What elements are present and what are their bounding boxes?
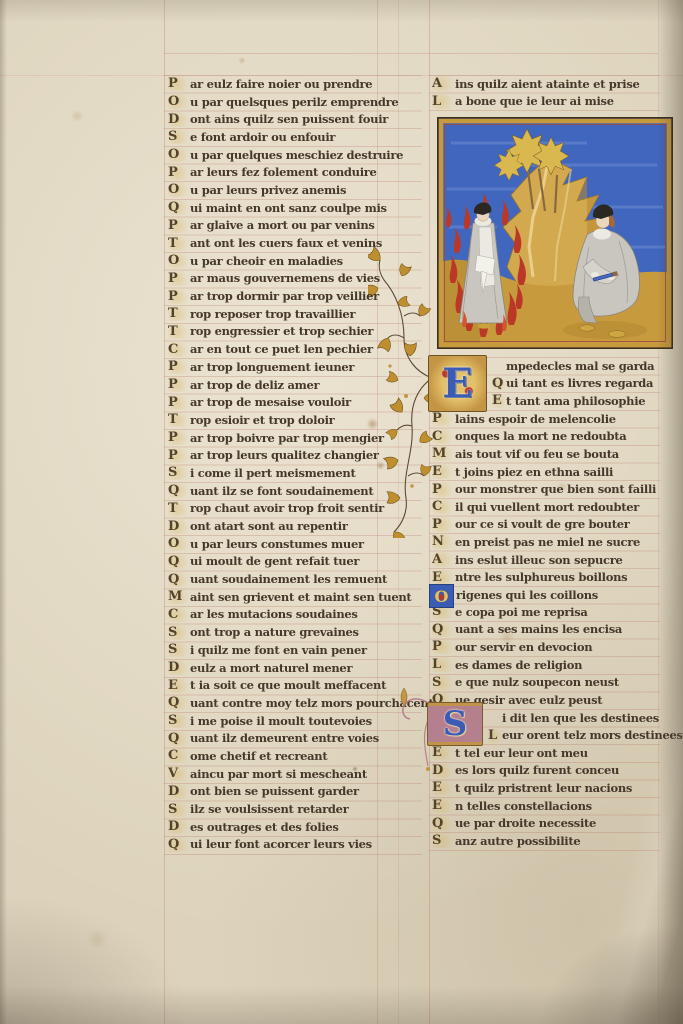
- verse-text: lains espoir de melencolie: [455, 412, 616, 426]
- verse-line: Q ui maint en ont sanz coulpe mis: [168, 199, 420, 217]
- verse-initial: D: [168, 819, 190, 834]
- verse-line: S anz autre possibilite: [432, 832, 660, 850]
- verse-text: ar trop de mesaise vouloir: [190, 395, 351, 409]
- verse-text: uant ilz se font soudainement: [190, 484, 373, 498]
- verse-line: Q uant ilz se font soudainement: [168, 482, 420, 500]
- verse-line: P ar eulz faire noier ou prendre: [168, 75, 420, 93]
- verse-text: ui maint en ont sanz coulpe mis: [190, 201, 387, 215]
- verse-line: D ont atart sont au repentir: [168, 517, 420, 535]
- verse-initial: P: [168, 377, 190, 392]
- verse-text: es dames de religion: [455, 658, 582, 672]
- verse-text: ont trop a nature grevaines: [190, 625, 359, 639]
- verse-text: e font ardoir ou enfouir: [190, 130, 335, 144]
- verse-text: a bone que ie leur ai mise: [455, 94, 614, 108]
- verse-initial: Q: [168, 695, 190, 710]
- verse-text: u par quelques meschiez destruire: [190, 148, 403, 162]
- verse-text: ar glaive a mort ou par venins: [190, 218, 375, 232]
- verse-line: P ar glaive a mort ou par venins: [168, 217, 420, 235]
- ruling-horizontal: [164, 53, 658, 54]
- verse-line: S ilz se voulsissent retarder: [168, 800, 420, 818]
- verse-text: ilz se voulsissent retarder: [190, 802, 348, 816]
- verse-text: ont bien se puissent garder: [190, 784, 359, 798]
- verse-line: C ar en tout ce puet len pechier: [168, 340, 420, 358]
- verse-text: t ia soit ce que moult meffacent: [190, 678, 386, 692]
- verse-line: E t tel eur leur ont meu: [432, 744, 660, 762]
- stain: [70, 110, 84, 122]
- verse-line: P ar trop dormir par trop veillier: [168, 287, 420, 305]
- verse-initial: S: [168, 713, 190, 728]
- verse-line: A ins quilz aient atainte et prise: [432, 75, 660, 93]
- verse-initial: T: [168, 306, 190, 321]
- verse-text: anz autre possibilite: [455, 834, 580, 848]
- verse-line: Q ui moult de gent refait tuer: [168, 553, 420, 571]
- verse-text: ar trop de deliz amer: [190, 378, 319, 392]
- verse-initial: P: [432, 517, 455, 532]
- verse-initial: E: [432, 745, 455, 760]
- verse-line: L eur orent telz mors destinees: [488, 727, 660, 745]
- verse-line: P our monstrer que bien sont failli: [432, 480, 660, 498]
- verse-initial: L: [432, 657, 455, 672]
- verse-initial: Q: [432, 816, 455, 831]
- verse-line: O u par leurs privez anemis: [168, 181, 420, 199]
- verse-text: aint sen grievent et maint sen tuent: [190, 590, 411, 604]
- verse-line: P our ce si voult de gre bouter: [432, 516, 660, 534]
- verse-text: ar trop leurs qualitez changier: [190, 448, 379, 462]
- verse-text: mpedecles mal se garda: [506, 359, 654, 373]
- verse-text: ntre les sulphureus boillons: [455, 570, 627, 584]
- miniature: [437, 117, 673, 349]
- shoe: [478, 323, 490, 329]
- verse-initial: C: [432, 429, 455, 444]
- verse-text: ar trop longuement ieuner: [190, 360, 354, 374]
- verse-initial: S: [168, 129, 190, 144]
- verse-initial: P: [432, 639, 455, 654]
- verse-initial: S: [432, 833, 455, 848]
- verse-initial: Q: [168, 200, 190, 215]
- verse-line: E t tant ama philosophie: [492, 392, 660, 410]
- stain: [238, 57, 246, 64]
- verse-initial: E: [492, 393, 506, 408]
- verse-line: D ont ains quilz sen puissent fouir: [168, 110, 420, 128]
- verse-initial: O: [168, 182, 190, 197]
- ground-shadow: [563, 321, 647, 339]
- verse-initial: C: [168, 342, 190, 357]
- verse-line: S i come il pert meismement: [168, 464, 420, 482]
- verse-initial: P: [168, 76, 190, 91]
- s-initial-lines: i dit len que les destinees L eur orent …: [488, 709, 660, 744]
- verse-initial: P: [168, 218, 190, 233]
- verse-initial: S: [168, 802, 190, 817]
- verse-text: u par leurs privez anemis: [190, 183, 346, 197]
- verse-initial: V: [168, 766, 190, 781]
- verse-line: O u par cheoir en maladies: [168, 252, 420, 270]
- verse-initial: Q: [168, 554, 190, 569]
- verse-line: T rop chaut avoir trop froit sentir: [168, 500, 420, 518]
- verse-text: i me poise il moult toutevoies: [190, 714, 372, 728]
- verse-text: ar leurs fez folement conduire: [190, 165, 377, 179]
- verse-text: t tel eur leur ont meu: [455, 746, 588, 760]
- verse-text: u par leurs constumes muer: [190, 537, 364, 551]
- verse-initial: T: [168, 324, 190, 339]
- verse-initial: M: [168, 589, 190, 604]
- verse-line: C ome chetif et recreant: [168, 747, 420, 765]
- verse-line: S e copa poi me reprisa: [432, 603, 660, 621]
- verse-text: rop engressier et trop sechier: [190, 324, 373, 338]
- verse-text: eur orent telz mors destinees: [502, 728, 683, 742]
- verse-line: P ar trop longuement ieuner: [168, 358, 420, 376]
- verse-line: M aint sen grievent et maint sen tuent: [168, 588, 420, 606]
- verse-initial: A: [432, 552, 455, 567]
- verse-text: e copa poi me reprisa: [455, 605, 588, 619]
- verse-line: M ais tout vif ou feu se bouta: [432, 445, 660, 463]
- verse-text: il qui vuellent mort redoubter: [455, 500, 639, 514]
- verse-line: O u par quelsques perilz emprendre: [168, 93, 420, 111]
- verse-line: S i me poise il moult toutevoies: [168, 712, 420, 730]
- verse-text: u par cheoir en maladies: [190, 254, 343, 268]
- verse-text: ui leur font acorcer leurs vies: [190, 837, 372, 851]
- verse-text: uant ilz demeurent entre voies: [190, 731, 379, 745]
- verse-text: ui tant es livres regarda: [506, 376, 653, 390]
- right-text-column-c: E t tel eur leur ont meu D es lors quilz…: [432, 744, 660, 850]
- verse-line: Q ue par droite necessite: [432, 814, 660, 832]
- verse-initial: M: [432, 446, 455, 461]
- verse-line: i dit len que les destinees: [488, 709, 660, 727]
- verse-line: P ar maus gouvernemens de vies: [168, 270, 420, 288]
- verse-initial: E: [432, 570, 455, 585]
- verse-text: n telles constellacions: [455, 799, 592, 813]
- verse-text: rop chaut avoir trop froit sentir: [190, 501, 384, 515]
- verse-initial: Q: [168, 483, 190, 498]
- verse-line: Q uant contre moy telz mors pourchacent: [168, 694, 420, 712]
- manuscript-page: P ar eulz faire noier ou prendre O u par…: [0, 0, 683, 1024]
- verse-text: ont ains quilz sen puissent fouir: [190, 112, 388, 126]
- verse-line: S e font ardoir ou enfouir: [168, 128, 420, 146]
- verse-initial: T: [168, 501, 190, 516]
- verse-initial: P: [432, 411, 455, 426]
- verse-line: N en preist pas ne miel ne sucre: [432, 533, 660, 551]
- right-text-column-b: S e copa poi me reprisa Q uant a ses mai…: [432, 603, 660, 709]
- verse-text: en preist pas ne miel ne sucre: [455, 535, 640, 549]
- verse-initial: D: [168, 784, 190, 799]
- verse-line: A ins eslut illeuc son sepucre: [432, 551, 660, 569]
- verse-initial: L: [432, 94, 455, 109]
- o-initial-line: rigenes qui les coillons: [456, 586, 660, 604]
- verse-line: P ar leurs fez folement conduire: [168, 163, 420, 181]
- verse-line: E ntre les sulphureus boillons: [432, 568, 660, 586]
- verse-initial: D: [168, 519, 190, 534]
- verse-initial: P: [168, 165, 190, 180]
- verse-text: i come il pert meismement: [190, 466, 355, 480]
- verse-text: onques la mort ne redoubta: [455, 429, 626, 443]
- verse-line: Q ui tant es livres regarda: [492, 375, 660, 393]
- verse-text: our monstrer que bien sont failli: [455, 482, 656, 496]
- right-text-column-top: A ins quilz aient atainte et prise L a b…: [432, 75, 660, 110]
- verse-initial: D: [432, 763, 455, 778]
- verse-text: our servir en devocion: [455, 640, 592, 654]
- illuminated-initial-s: S: [427, 702, 483, 746]
- verse-line: L es dames de religion: [432, 656, 660, 674]
- verse-text: ar trop dormir par trop veillier: [190, 289, 379, 303]
- verse-line: E n telles constellacions: [432, 797, 660, 815]
- illuminated-initial-e: E: [428, 355, 487, 412]
- verse-initial: S: [168, 642, 190, 657]
- verse-line: mpedecles mal se garda: [492, 357, 660, 375]
- shoe: [580, 325, 595, 331]
- verse-initial: S: [168, 465, 190, 480]
- left-text-column: P ar eulz faire noier ou prendre O u par…: [168, 75, 420, 853]
- verse-initial: O: [168, 536, 190, 551]
- verse-line: O u par quelques meschiez destruire: [168, 146, 420, 164]
- verse-text: rop esioir et trop doloir: [190, 413, 334, 427]
- verse-initial: L: [488, 728, 502, 743]
- verse-initial: Q: [168, 731, 190, 746]
- verse-text: i dit len que les destinees: [502, 711, 659, 725]
- verse-text: rop reposer trop travaillier: [190, 307, 355, 321]
- verse-line: P ar trop leurs qualitez changier: [168, 446, 420, 464]
- verse-text: ant ont les cuers faux et venins: [190, 236, 382, 250]
- verse-text: ar en tout ce puet len pechier: [190, 342, 373, 356]
- verse-line: D es lors quilz furent conceu: [432, 762, 660, 780]
- verse-text: ar trop boivre par trop mengier: [190, 431, 384, 445]
- illuminated-initial-o: O: [429, 584, 454, 608]
- verse-text: our ce si voult de gre bouter: [455, 517, 630, 531]
- verse-line: T rop engressier et trop sechier: [168, 323, 420, 341]
- verse-text: ue par droite necessite: [455, 816, 596, 830]
- verse-initial: Q: [492, 376, 506, 391]
- verse-line: D eulz a mort naturel mener: [168, 659, 420, 677]
- verse-initial: P: [432, 482, 455, 497]
- verse-initial: D: [168, 112, 190, 127]
- verse-text: uant soudainement les remuent: [190, 572, 387, 586]
- verse-text: ome chetif et recreant: [190, 749, 327, 763]
- verse-line: P ar trop de mesaise vouloir: [168, 393, 420, 411]
- verse-line: Q uant a ses mains les encisa: [432, 621, 660, 639]
- verse-text: ar eulz faire noier ou prendre: [190, 77, 372, 91]
- verse-line: P lains espoir de melencolie: [432, 410, 660, 428]
- verse-initial: T: [168, 412, 190, 427]
- verse-initial: C: [168, 607, 190, 622]
- verse-line: T rop esioir et trop doloir: [168, 411, 420, 429]
- verse-initial: P: [168, 395, 190, 410]
- verse-initial: E: [432, 780, 455, 795]
- stain: [84, 930, 110, 948]
- verse-text: t quilz pristrent leur nacions: [455, 781, 632, 795]
- verse-line: D es outrages et des folies: [168, 818, 420, 836]
- verse-text: ins eslut illeuc son sepucre: [455, 553, 623, 567]
- shoe: [609, 331, 626, 338]
- verse-text: u par quelsques perilz emprendre: [190, 95, 398, 109]
- verse-line: rigenes qui les coillons: [456, 586, 660, 604]
- verse-initial: Q: [168, 572, 190, 587]
- verse-line: O u par leurs constumes muer: [168, 535, 420, 553]
- verse-initial: P: [168, 289, 190, 304]
- verse-initial: O: [168, 147, 190, 162]
- verse-initial: T: [168, 236, 190, 251]
- verse-initial: O: [168, 253, 190, 268]
- verse-initial: E: [168, 678, 190, 693]
- verse-text: ui moult de gent refait tuer: [190, 554, 359, 568]
- verse-text: ais tout vif ou feu se bouta: [455, 447, 619, 461]
- verse-initial: O: [168, 94, 190, 109]
- verse-line: S i quilz me font en vain pener: [168, 641, 420, 659]
- verse-text: t joins piez en ethna sailli: [455, 465, 613, 479]
- verse-text: uant contre moy telz mors pourchacent: [190, 696, 433, 710]
- verse-initial: N: [432, 534, 455, 549]
- verse-initial: D: [168, 660, 190, 675]
- verse-line: Q uant soudainement les remuent: [168, 570, 420, 588]
- verse-initial: S: [168, 625, 190, 640]
- verse-line: S e que nulz soupecon neust: [432, 673, 660, 691]
- verse-line: E t quilz pristrent leur nacions: [432, 779, 660, 797]
- verse-text: ar maus gouvernemens de vies: [190, 271, 380, 285]
- verse-text: t tant ama philosophie: [506, 394, 645, 408]
- verse-line: T ant ont les cuers faux et venins: [168, 234, 420, 252]
- verse-initial: P: [168, 359, 190, 374]
- verse-initial: C: [168, 748, 190, 763]
- verse-line: Q ui leur font acorcer leurs vies: [168, 836, 420, 854]
- verse-line: C ar les mutacions soudaines: [168, 606, 420, 624]
- verse-line: S ont trop a nature grevaines: [168, 623, 420, 641]
- verse-text: ins quilz aient atainte et prise: [455, 77, 640, 91]
- verse-text: ont atart sont au repentir: [190, 519, 348, 533]
- verse-line: P our servir en devocion: [432, 638, 660, 656]
- verse-text: aincu par mort si mescheant: [190, 767, 367, 781]
- verse-line: V aincu par mort si mescheant: [168, 765, 420, 783]
- verse-initial: E: [432, 464, 455, 479]
- verse-initial: P: [168, 448, 190, 463]
- verse-initial: S: [432, 675, 455, 690]
- verse-text: uant a ses mains les encisa: [455, 622, 622, 636]
- verse-text: eulz a mort naturel mener: [190, 661, 352, 675]
- verse-line: E t joins piez en ethna sailli: [432, 463, 660, 481]
- verse-line: L a bone que ie leur ai mise: [432, 93, 660, 111]
- verse-line: T rop reposer trop travaillier: [168, 305, 420, 323]
- verse-line: C il qui vuellent mort redoubter: [432, 498, 660, 516]
- verse-text: es outrages et des folies: [190, 820, 339, 834]
- verse-initial: P: [168, 430, 190, 445]
- right-text-column-a: P lains espoir de melencolie C onques la…: [432, 410, 660, 586]
- verse-initial: Q: [168, 837, 190, 852]
- verse-initial: E: [432, 798, 455, 813]
- verse-text: i quilz me font en vain pener: [190, 643, 367, 657]
- verse-line: D ont bien se puissent garder: [168, 783, 420, 801]
- e-initial-lines: mpedecles mal se garda Q ui tant es livr…: [492, 357, 660, 410]
- verse-initial: C: [432, 499, 455, 514]
- verse-initial: Q: [432, 622, 455, 637]
- verse-initial: P: [168, 271, 190, 286]
- verse-line: P ar trop boivre par trop mengier: [168, 429, 420, 447]
- verse-line: C onques la mort ne redoubta: [432, 428, 660, 446]
- verse-text: ar les mutacions soudaines: [190, 607, 358, 621]
- verse-text: e que nulz soupecon neust: [455, 675, 619, 689]
- verse-line: P ar trop de deliz amer: [168, 376, 420, 394]
- verse-text: es lors quilz furent conceu: [455, 763, 619, 777]
- verse-initial: A: [432, 76, 455, 91]
- verse-line: E t ia soit ce que moult meffacent: [168, 676, 420, 694]
- verse-line: Q uant ilz demeurent entre voies: [168, 729, 420, 747]
- verse-text: rigenes qui les coillons: [456, 588, 598, 602]
